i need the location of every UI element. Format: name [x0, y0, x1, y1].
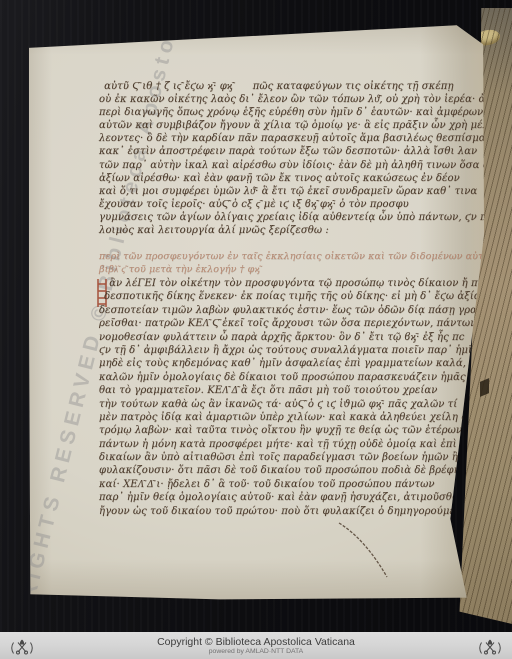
copyright-text-group: Copyright © Biblioteca Apostolica Vatica…	[157, 636, 355, 656]
manuscript-text-line: τρόμῳ λαβὼν· καὶ ταῦτα τινὸς οἴκτου ἣν ψ…	[99, 424, 475, 437]
manuscript-text-line: μηδὲ εἰς τοὺς κηδεμόνας καθ᾽ ἡμῖν ἀσφαλε…	[99, 357, 475, 370]
manuscript-text-line: ἀξίων αἱρέσθω· καὶ ἐὰν φανῇ τῶν ἔκ τινος…	[99, 172, 475, 185]
text-block-lower: ἂν λέΓΕΙ τὸν οἰκέτην τὸν προσφυγόντα τῷ …	[99, 277, 475, 518]
manuscript-text-line: γυμνάσεις τῶν ἁγίων ὀλίγαις χρείαις ἰδίᾳ…	[99, 211, 475, 224]
manuscript-text-line: δικαίων ἂν ὑπὸ αἰτιαθῶσι ἐπὶ τοῖς παραδε…	[99, 451, 475, 464]
manuscript-text-line: καλῶν ἡμῖν ὁμολογίαις δὲ δίκαιοι τοῦ προ…	[99, 371, 475, 384]
manuscript-text-line: λεοντες· ὃ δὲ τὴν καρδίαν πᾶν παρασκευῇ …	[99, 132, 475, 145]
manuscript-page: ALL RIGHTS RESERVED © Biblioteca Apostol…	[29, 20, 484, 600]
manuscript-text-line: περὶ διαγωγῆς ὅπως χρόνῳ ἑξῆς εὑρέθη σὺν…	[99, 106, 475, 119]
rubric-text-line: περὶ τῶν προσφευγόντων ἐν ταῖς ἐκκλησίαι…	[99, 251, 475, 264]
manuscript-text-line: λοιμὸς καὶ λειτουργία ἀλί μνῶς ξερίζεσθω…	[99, 224, 475, 237]
manuscript-text-line: καὶ ὅ,τι μοι συμφέρει ὑμῶν λϑ͂· ἃ ἔτι τῷ…	[99, 185, 475, 198]
fore-edge-notch	[480, 378, 489, 397]
rubric-text-line: βιβλ͂ ϛ͂ τοῦ μετὰ τὴν ἐκλογήν † φϗ͂	[99, 264, 475, 277]
manuscript-text-line: τῶν παρ᾽ αὐτὴν ἰκαλ καὶ αἱρέσθω σὺν ἰδίο…	[99, 159, 475, 172]
manuscript-text-line: ρεῖσθαι· πατρῶν ΚΕΛ͂ Ϛ͂ ἐκεῖ τοῖς ἄρχουσ…	[99, 317, 475, 330]
rubric-heading-block: περὶ τῶν προσφευγόντων ἐν ταῖς ἐκκλησίαι…	[99, 251, 475, 276]
manuscript-text-line: θαι τὸ γραμματεῖον. ΚΕΛ͂ Δ͂ ἃ ἔϛι ὅτι πᾶ…	[99, 384, 475, 397]
manuscript-text-line: πάντων ἡ μόνη κατὰ προσφέρει μήτε· καὶ τ…	[99, 438, 475, 451]
manuscript-text-line: οὑ ἐκ κακῶν οἰκέτης λαὸς δι᾽ ἔλεον ὢν τῶ…	[99, 93, 475, 106]
manuscript-text-line: μὲν πατρὸς ἰδίᾳ καὶ ἁμαρτιῶν ὑπὲρ χιλίων…	[99, 411, 475, 424]
vatican-keys-emblem-icon	[477, 636, 503, 656]
manuscript-text-line: κακ᾽ ἐστὶν ἀποστρέφειν παρὰ τούτων ἔξω τ…	[99, 145, 475, 158]
manuscript-text-line: δεσποτείαν τιμῶν λαβὼν φυλακτικός ἐστιν·…	[99, 304, 475, 317]
manuscript-text-line: παρ᾽ ἡμῖν θείᾳ ὁμολογίαις αὐτοῦ· καὶ ἐὰν…	[99, 491, 475, 504]
pen-flourish	[329, 515, 399, 585]
manuscript-text-line: ϛν τῇ δ᾽ ἀμφιβάλλειν ἢ ἄχρι ὡς τούτους σ…	[99, 344, 475, 357]
copyright-text: Copyright © Biblioteca Apostolica Vatica…	[157, 636, 355, 648]
manuscript-text-line: φυλακίζουσιν· ὅτι πᾶσι δὲ τοῦ δικαίου το…	[99, 464, 475, 477]
manuscript-text-line: νομοθεσίαν φυλάττειν ὦ παρὰ ἀρχῆς ἄρκτου…	[99, 331, 475, 344]
manuscript-text-line: ἔχουσαν τοῖς ἱεροῖς· αὐϚ͂ ὁ ϲξ ϛ͂ μὲ ιϛ …	[99, 198, 475, 211]
manuscript-text-line: ἤγουν ὡς τοῦ δικαίου τοῦ πρώτου· ποὺ ὅτι…	[99, 505, 475, 518]
text-block-upper: αὐτῦ Ϛ͂ ιθ † ζ ιϛ͂ ἔϛω ϗ͂· φϗ͂ πῶς καταφ…	[99, 80, 475, 237]
manuscript-text-line: ἂν λέΓΕΙ τὸν οἰκέτην τὸν προσφυγόντα τῷ …	[99, 277, 475, 290]
manuscript-text-line: τὴν τούτων καθὰ ὡς ἂν ἱκανῶς τά· αὐϚ͂ ὁ …	[99, 398, 475, 411]
photo-backdrop: ALL RIGHTS RESERVED © Biblioteca Apostol…	[0, 0, 512, 659]
manuscript-text-line: αὐτῶν καὶ συμβιβάζον ἤγουν ἃ χίλια τῷ ὁμ…	[99, 119, 475, 132]
vatican-keys-emblem-icon	[9, 636, 35, 656]
copyright-bar: Copyright © Biblioteca Apostolica Vatica…	[0, 632, 512, 659]
manuscript-text-line: αὐτῦ Ϛ͂ ιθ † ζ ιϛ͂ ἔϛω ϗ͂· φϗ͂ πῶς καταφ…	[99, 80, 475, 93]
manuscript-text-line: δεσποτικῆς δίκης ἕνεκεν· ἐκ ποίας τιμῆς …	[99, 290, 475, 303]
manuscript-text-line: καί· ΧΕΛ͂ Δ͂ ι· ᾔδελει δ᾽ ἃ τοῦ· τοῦ δικ…	[99, 478, 475, 491]
powered-by-text: powered by AMLAD·NTT DATA	[157, 648, 355, 656]
